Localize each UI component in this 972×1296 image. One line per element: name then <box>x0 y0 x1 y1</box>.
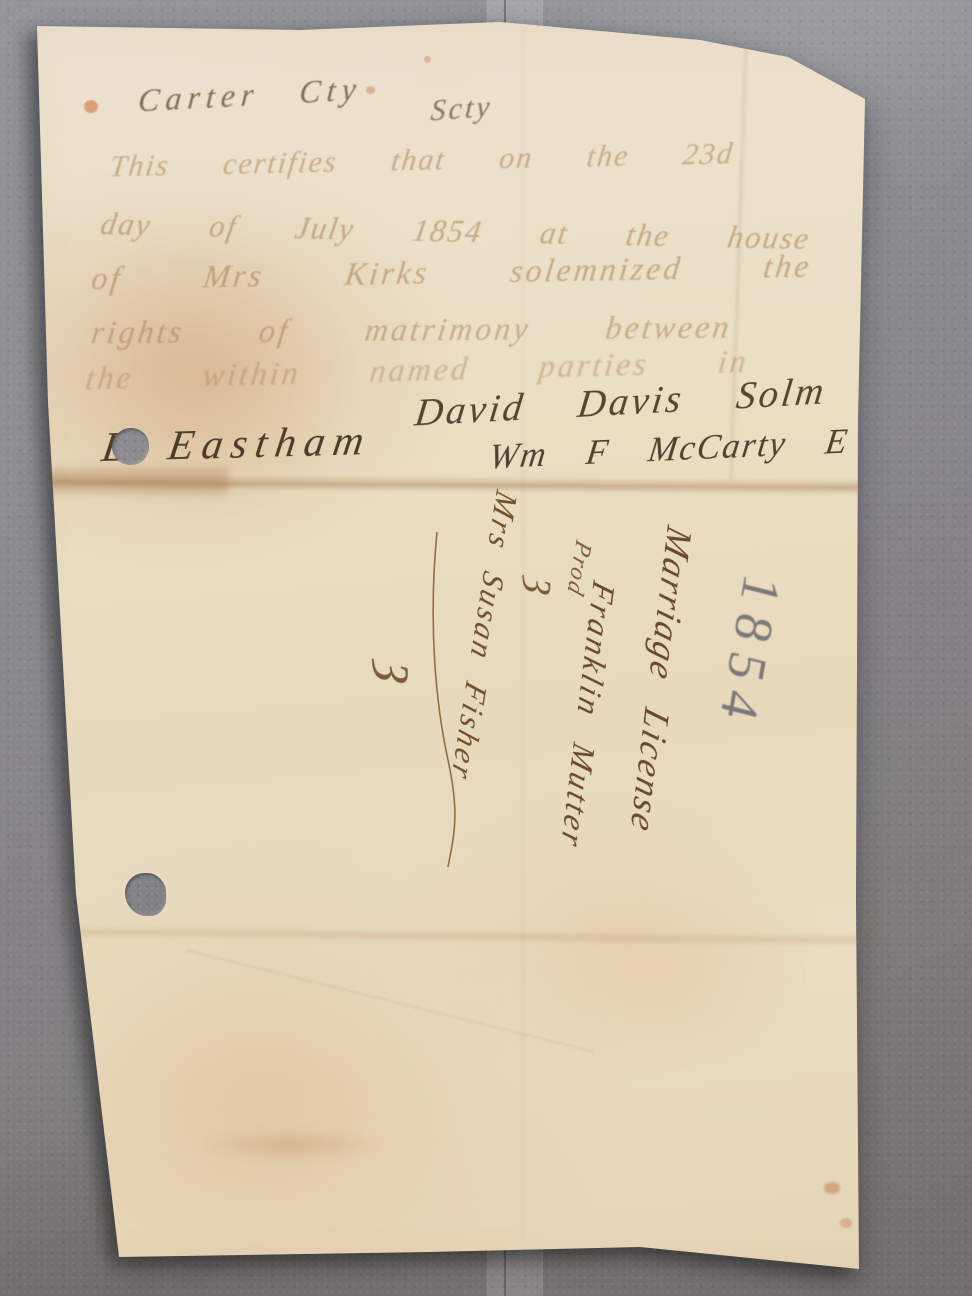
signature-clerk: Wm F McCarty E C C <box>487 416 972 478</box>
fold-crease-upper <box>38 473 860 495</box>
docket-title: Marriage License <box>622 522 700 839</box>
signature-officiant: David Davis Solm <box>412 368 829 435</box>
punch-hole-top <box>112 428 149 465</box>
stain-right-bottom-spot-2 <box>840 1218 852 1228</box>
header-sct: Scty <box>430 90 494 129</box>
stain-left-large <box>40 230 360 520</box>
punch-hole-bottom <box>125 873 166 916</box>
docket-brace-lower: ȝ <box>368 661 432 687</box>
fold-crease-upper-stain <box>38 468 228 494</box>
body-line-2: day of July 1854 at the house <box>98 206 813 257</box>
flourish-line <box>410 515 480 885</box>
body-line-3: of Mrs Kirks solemnized the <box>89 247 814 297</box>
docket-note: Prod <box>561 537 596 601</box>
paper-shadow: Carter Cty Scty This certifies that on t… <box>0 0 972 1296</box>
stain-rust-speck-1 <box>366 86 375 94</box>
stain-rust-speck-2 <box>424 56 431 63</box>
vertical-crease-top <box>729 40 747 480</box>
fold-crease-lower <box>58 926 858 946</box>
docket-groom: Franklin Mutter <box>553 577 622 854</box>
header-county: Carter Cty <box>137 70 364 119</box>
stain-bottom-left-wash <box>60 950 450 1260</box>
stain-bottom-edge <box>195 1128 385 1162</box>
body-line-5: the within named parties in <box>84 343 751 397</box>
pencil-year: 1854 <box>706 569 793 738</box>
docket-bride: Mrs Susan Fisher <box>444 486 524 787</box>
body-line-1: This certifies that on the 23d <box>108 137 736 184</box>
vertical-crease-center <box>522 30 524 1240</box>
diagonal-crease-bottom <box>186 949 594 1053</box>
photo-of-document: Carter Cty Scty This certifies that on t… <box>0 0 972 1296</box>
stain-right-bottom-spot-1 <box>824 1182 840 1194</box>
stain-top-orange-dot <box>84 100 98 113</box>
document-paper: Carter Cty Scty This certifies that on t… <box>0 0 972 1296</box>
stain-center-soft <box>520 890 800 1060</box>
docket-brace-upper: ȝ <box>518 576 568 598</box>
body-line-4: rights of matrimony between <box>89 308 734 351</box>
